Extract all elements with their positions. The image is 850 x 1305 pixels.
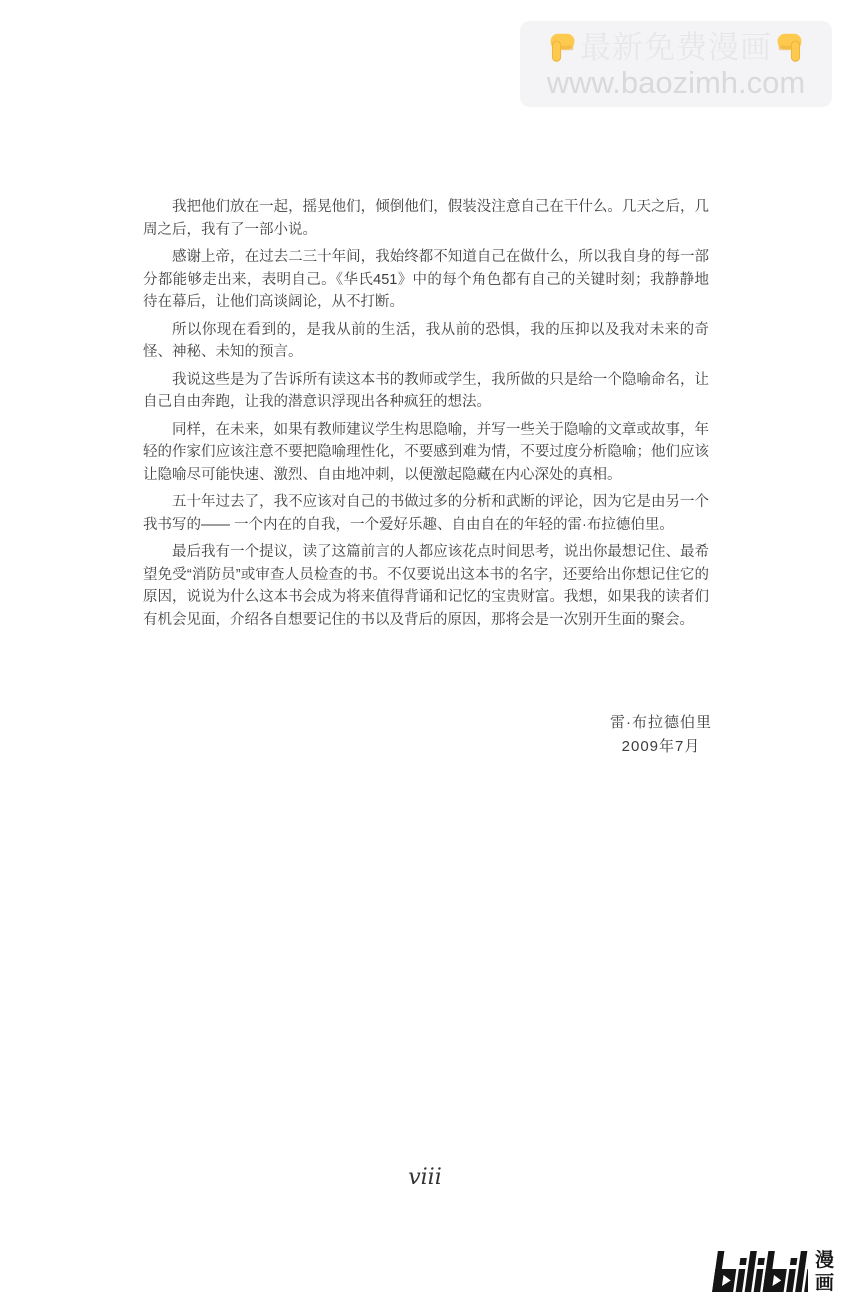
pointing-down-hand-icon (773, 31, 806, 64)
paragraph: 我说这些是为了告诉所有读这本书的教师或学生，我所做的只是给一个隐喻命名，让自己自… (143, 369, 709, 414)
preface-text: 我把他们放在一起，摇晃他们，倾倒他们，假装没注意自己在干什么。几天之后，几周之后… (143, 196, 709, 636)
manga-char-bottom: 画 (815, 1272, 834, 1295)
paragraph: 我把他们放在一起，摇晃他们，倾倒他们，假装没注意自己在干什么。几天之后，几周之后… (143, 196, 709, 241)
watermark-url: www.baozimh.com (547, 67, 805, 98)
watermark-banner: 最新免费漫画 www.baozimh.com (520, 21, 832, 107)
signature-date: 2009年7月 (558, 735, 764, 759)
bilibili-wordmark-icon (712, 1250, 808, 1294)
pointing-down-hand-icon (546, 31, 579, 64)
paragraph: 所以你现在看到的，是我从前的生活，我从前的恐惧，我的压抑以及我对未来的奇怪、神秘… (143, 319, 709, 364)
book-page: 最新免费漫画 www.baozimh.com 我把他们放在一起，摇晃他们，倾倒他… (0, 0, 850, 1305)
paragraph: 最后我有一个提议，读了这篇前言的人都应该花点时间思考，说出你最想记住、最希望免受… (143, 541, 709, 631)
manga-char-top: 漫 (815, 1249, 834, 1272)
paragraph: 感谢上帝，在过去二三十年间，我始终都不知道自己在做什么，所以我自身的每一部分都能… (143, 246, 709, 314)
bilibili-manga-label: 漫 画 (815, 1249, 834, 1295)
paragraph: 五十年过去了，我不应该对自己的书做过多的分析和武断的评论，因为它是由另一个我书写… (143, 491, 709, 536)
paragraph: 同样，在未来，如果有教师建议学生构思隐喻，并写一些关于隐喻的文章或故事，年轻的作… (143, 419, 709, 487)
watermark-title: 最新免费漫画 (580, 32, 772, 63)
signature-block: 雷·布拉德伯里 2009年7月 (558, 711, 764, 759)
watermark-title-row: 最新免费漫画 (546, 31, 806, 64)
page-number: viii (0, 1165, 850, 1190)
bilibili-logo: 漫 画 (712, 1249, 834, 1295)
author-name: 雷·布拉德伯里 (558, 711, 764, 735)
